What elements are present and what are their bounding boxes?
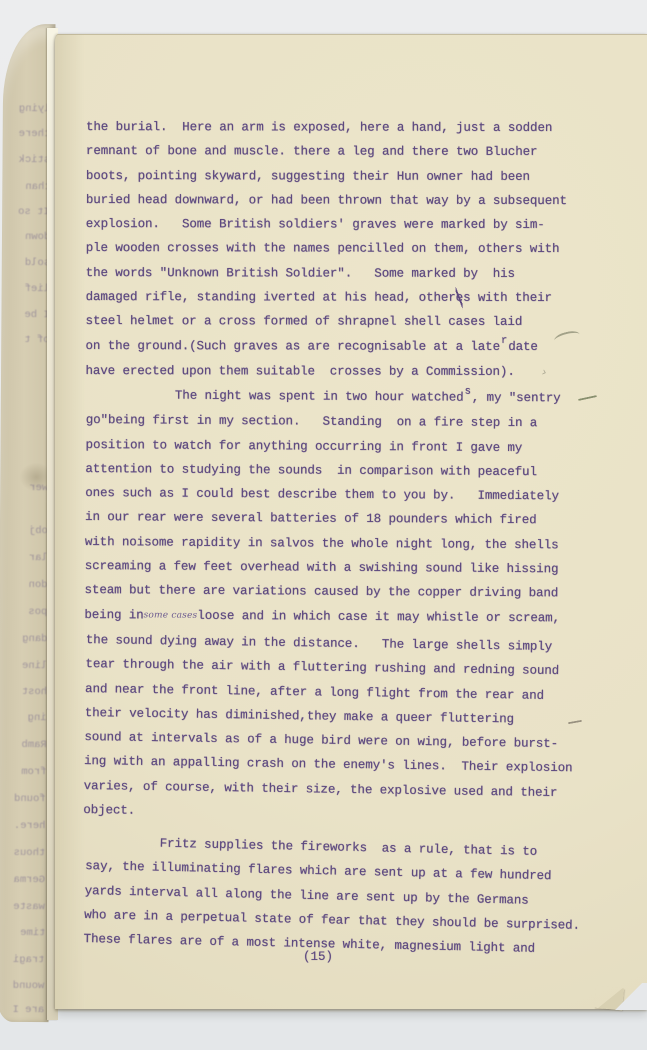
dog-ear-corner bbox=[611, 983, 647, 1010]
typed-text: and near the front line, after a long fl… bbox=[85, 682, 544, 703]
typed-text: the words "Unknown British Soldier". Som… bbox=[86, 266, 515, 281]
mirrored-bleedthrough-text: host bbox=[22, 686, 47, 698]
typed-text: with noisome rapidity in salvos the whol… bbox=[85, 535, 559, 552]
typed-text: date bbox=[508, 340, 538, 354]
mirrored-bleedthrough-text: Germa bbox=[14, 874, 46, 886]
typed-text: the sound dying away in the distance. Th… bbox=[86, 633, 552, 654]
superscript-correction: r bbox=[501, 335, 507, 347]
typed-text: yards interval all along the line are se… bbox=[85, 883, 529, 907]
typed-text: ple wooden crosses with the names pencil… bbox=[86, 241, 560, 256]
mirrored-bleedthrough-text: tragi bbox=[13, 954, 45, 966]
typed-text: their velocity has diminished,they make … bbox=[85, 706, 514, 726]
paragraph-group: the sound dying away in the distance. Th… bbox=[83, 628, 616, 830]
typed-text: loose and in which case it may whistle o… bbox=[197, 609, 560, 626]
typed-line: the burial. Here an arm is exposed, here… bbox=[86, 115, 616, 140]
scanned-document: lyingtherestickthanIt sodownsoldliefI be… bbox=[0, 0, 647, 1050]
typed-text: buried head downward, or had been thrown… bbox=[86, 193, 567, 208]
mirrored-bleedthrough-text: obj bbox=[29, 525, 48, 537]
typed-line: go"being first in my section. Standing o… bbox=[86, 409, 616, 437]
mirrored-bleedthrough-text: here. bbox=[14, 820, 46, 832]
page-number: (15) bbox=[303, 950, 333, 964]
typed-text: explosion. Some British soldiers' graves… bbox=[86, 217, 545, 232]
typed-text: sound at intervals as of a huge bird wer… bbox=[84, 730, 558, 751]
typed-text: in our rear were several batteries of 18… bbox=[85, 511, 537, 528]
typed-line: remnant of bone and muscle. there a leg … bbox=[86, 139, 616, 164]
mirrored-bleedthrough-text: line bbox=[22, 660, 47, 672]
mirrored-bleedthrough-text: lar bbox=[29, 552, 48, 564]
handwritten-insertion: some cases bbox=[144, 610, 198, 620]
mirrored-bleedthrough-text: found bbox=[15, 793, 47, 805]
typed-text: boots, pointing skyward, suggesting thei… bbox=[86, 169, 530, 184]
typed-line: ple wooden crosses with the names pencil… bbox=[86, 236, 616, 261]
typed-line: steam but there are variations caused by… bbox=[84, 579, 614, 607]
text-block: the burial. Here an arm is exposed, here… bbox=[86, 115, 616, 951]
mirrored-bleedthrough-text: wer bbox=[29, 482, 48, 494]
typed-text: go"being first in my section. Standing o… bbox=[86, 414, 538, 431]
typed-text: on the ground.(Such graves as are recogn… bbox=[86, 339, 501, 354]
mirrored-bleedthrough-text: of t bbox=[24, 334, 49, 346]
mirrored-bleedthrough-text: waste bbox=[14, 901, 46, 913]
typed-text: being in bbox=[84, 608, 143, 622]
mirrored-bleedthrough-text: don bbox=[29, 579, 48, 591]
typed-line: the words "Unknown British Soldier". Som… bbox=[86, 261, 616, 286]
mirrored-bleedthrough-text: are I bbox=[13, 1004, 45, 1016]
mirrored-bleedthrough-text: lief bbox=[24, 283, 49, 295]
typed-text: screaming a few feet overhead with a swi… bbox=[85, 559, 559, 576]
mirrored-bleedthrough-text: ing bbox=[28, 712, 47, 724]
typed-text: have erected upon them suitable crosses … bbox=[85, 364, 514, 379]
typed-text: The night was spent in two hour watched bbox=[175, 389, 464, 405]
typed-text: the burial. Here an arm is exposed, here… bbox=[86, 120, 552, 135]
typed-text: s with their bbox=[463, 291, 552, 305]
typed-text: ing with an appalling crash on the enemy… bbox=[84, 755, 573, 776]
mirrored-bleedthrough-text: time bbox=[20, 927, 45, 939]
document-page: the burial. Here an arm is exposed, here… bbox=[55, 34, 647, 1009]
typed-text: varies, of course, with their size, the … bbox=[84, 779, 558, 800]
typed-text: attention to studying the sounds in comp… bbox=[85, 462, 537, 479]
paragraph-group: Fritz supplies the fireworks as a rule, … bbox=[83, 830, 616, 963]
typed-text: remnant of bone and muscle. there a leg … bbox=[86, 144, 538, 159]
typed-line: damaged rifle, standing iverted at his h… bbox=[86, 285, 616, 310]
typed-line: explosion. Some British soldiers' graves… bbox=[86, 212, 616, 237]
mirrored-bleedthrough-text: I be bbox=[24, 309, 49, 321]
typed-line: steel helmet or a cross formed of shrapn… bbox=[86, 309, 616, 334]
superscript-correction: s bbox=[465, 386, 471, 398]
typed-line: being insome casesloose and in which cas… bbox=[84, 603, 614, 632]
typed-text: Fritz supplies the fireworks as a rule, … bbox=[160, 836, 538, 858]
typed-text: ones such as I could best describe them … bbox=[85, 486, 559, 503]
typed-line: buried head downward, or had been thrown… bbox=[86, 188, 616, 213]
typed-text: object. bbox=[83, 803, 135, 818]
typed-text: , my "sentry bbox=[472, 391, 561, 406]
typed-line: on the ground.(Such graves as are recogn… bbox=[85, 334, 615, 360]
mirrored-bleedthrough-text: from bbox=[21, 766, 46, 778]
paragraph-group: The night was spent in two hour watcheds… bbox=[84, 383, 616, 632]
struck-character: e bbox=[456, 286, 463, 310]
mirrored-bleedthrough-text: Ramb bbox=[21, 739, 46, 751]
mirrored-bleedthrough-text: wound bbox=[13, 980, 45, 992]
mirrored-bleedthrough-text: stick bbox=[19, 154, 51, 166]
mirrored-bleedthrough-text: thous bbox=[14, 847, 46, 859]
mirrored-bleedthrough-text: dang bbox=[22, 633, 47, 645]
typed-text: say, the illuminating flares which are s… bbox=[85, 859, 551, 883]
typed-line: boots, pointing skyward, suggesting thei… bbox=[86, 164, 616, 189]
typed-text: damaged rifle, standing iverted at his h… bbox=[86, 290, 456, 305]
typed-text: steam but there are variations caused by… bbox=[85, 584, 559, 601]
mirrored-bleedthrough-text: pos bbox=[28, 606, 47, 618]
typed-text: tear through the air with a fluttering r… bbox=[85, 658, 559, 679]
paragraph-group: the burial. Here an arm is exposed, here… bbox=[85, 115, 616, 384]
typed-line: in our rear were several batteries of 18… bbox=[85, 506, 615, 534]
typed-text: position to watch for anything occurring… bbox=[86, 438, 523, 455]
mirrored-bleedthrough-text: It so bbox=[19, 206, 51, 218]
typed-text: steel helmet or a cross formed of shrapn… bbox=[86, 314, 523, 329]
typed-line: have erected upon them suitable crosses … bbox=[85, 359, 615, 384]
